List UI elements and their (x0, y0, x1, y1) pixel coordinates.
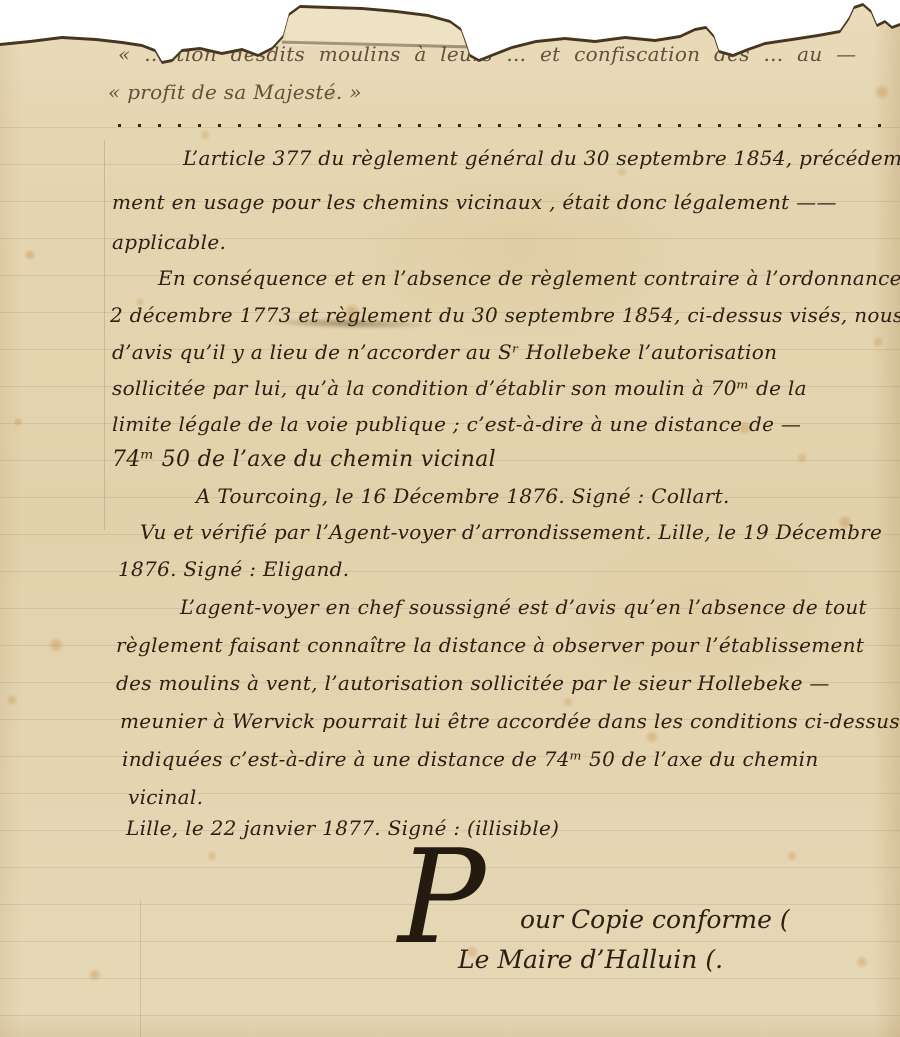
manuscript-line: Vu et vérifié par l’Agent-voyer d’arrond… (140, 520, 882, 544)
manuscript-line-date-lille: Lille, le 22 janvier 1877. Signé : (illi… (126, 816, 559, 840)
manuscript-line: vicinal. (128, 785, 203, 809)
manuscript-line: ment en usage pour les chemins vicinaux … (112, 190, 837, 214)
manuscript-line: meunier à Wervick pourrait lui être acco… (120, 709, 900, 733)
manuscript-line: des moulins à vent, l’autorisation solli… (116, 671, 830, 695)
manuscript-line-distance: 74ᵐ 50 de l’axe du chemin vicinal (112, 447, 496, 472)
manuscript-line: 2 décembre 1773 et règlement du 30 septe… (110, 303, 900, 327)
manuscript-line: applicable. (112, 230, 226, 254)
manuscript-line: L’article 377 du règlement général du 30… (183, 146, 900, 170)
manuscript-line-signature-collart: A Tourcoing, le 16 Décembre 1876. Signé … (196, 484, 730, 508)
torn-flap-fragment (286, 6, 464, 46)
bottom-fold-line (140, 900, 141, 1037)
manuscript-line: sollicitée par lui, qu’à la condition d’… (112, 376, 807, 400)
manuscript-line-signature-eligand: 1876. Signé : Eligand. (118, 557, 349, 581)
manuscript-line: limite légale de la voie publique ; c’es… (112, 412, 801, 436)
dotted-separator (118, 124, 893, 127)
manuscript-page: « ...ation desdits moulins à leurs ... e… (0, 0, 900, 1037)
calligraphic-initial-p: P (398, 832, 485, 962)
closing-pour-copie-conforme: our Copie conforme ( (520, 905, 790, 934)
scanned-document: « ...ation desdits moulins à leurs ... e… (0, 0, 900, 1037)
manuscript-line: L’agent-voyer en chef soussigné est d’av… (180, 595, 867, 619)
manuscript-line-partial: « ...ation desdits moulins à leurs ... e… (118, 42, 856, 66)
manuscript-line: indiquées c’est-à-dire à une distance de… (122, 747, 819, 771)
manuscript-line: règlement faisant connaître la distance … (116, 633, 864, 657)
manuscript-line: « profit de sa Majesté. » (108, 80, 362, 104)
margin-fold-line (104, 140, 105, 530)
manuscript-line: En conséquence et en l’absence de règlem… (158, 266, 900, 290)
manuscript-line: d’avis qu’il y a lieu de n’accorder au S… (112, 340, 777, 364)
closing-le-maire-halluin: Le Maire d’Halluin (. (458, 945, 723, 974)
